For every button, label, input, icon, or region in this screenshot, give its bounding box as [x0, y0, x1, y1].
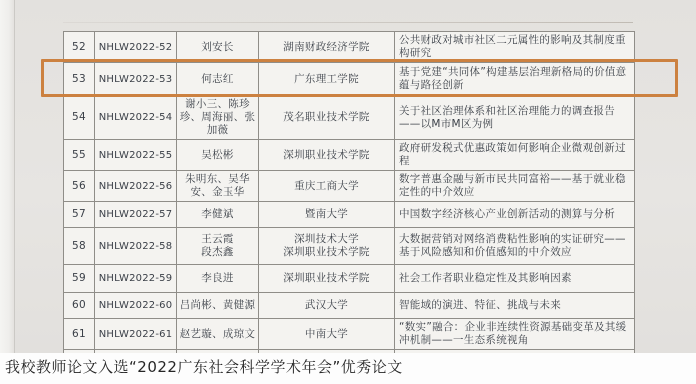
cell-row-no: 57 [64, 202, 95, 228]
cell-authors: 朱明东、吴华安、金玉华 [177, 171, 259, 202]
papers-table: 52NHLW2022-52刘安长湖南财政经济学院公共财政对城市社区二元属性的影响… [63, 31, 635, 371]
caption: 我校教师论文入选“2022广东社会科学学术年会”优秀论文 [5, 357, 403, 377]
cell-paper-title: “数实”融合：企业非连续性资源基础变革及其缓冲机制——一生态系统视角 [395, 319, 635, 350]
cell-institution: 深圳技术大学 深圳职业技术学院 [259, 228, 395, 265]
cell-authors: 李健斌 [177, 202, 259, 228]
cell-row-no: 60 [64, 293, 95, 319]
table-row: 52NHLW2022-52刘安长湖南财政经济学院公共财政对城市社区二元属性的影响… [64, 32, 635, 63]
cell-institution: 茂名职业技术学院 [259, 96, 395, 140]
cell-institution: 广东理工学院 [259, 63, 395, 96]
cell-institution: 深圳职业技术学院 [259, 140, 395, 171]
table-row: 56NHLW2022-56朱明东、吴华安、金玉华重庆工商大学数字普惠金融与新市民… [64, 171, 635, 202]
table-row: 57NHLW2022-57李健斌暨南大学中国数字经济核心产业创新活动的测算与分析 [64, 202, 635, 228]
table-row: 54NHLW2022-54谢小三、陈珍珍、周海丽、张加薇茂名职业技术学院关于社区… [64, 96, 635, 140]
cell-paper-id: NHLW2022-57 [95, 202, 177, 228]
table-row: 61NHLW2022-61赵艺璇、成琼文中南大学“数实”融合：企业非连续性资源基… [64, 319, 635, 350]
cell-paper-id: NHLW2022-54 [95, 96, 177, 140]
cell-authors: 李良进 [177, 265, 259, 293]
cell-paper-id: NHLW2022-56 [95, 171, 177, 202]
cell-row-no: 59 [64, 265, 95, 293]
cell-paper-title: 关于社区治理体系和社区治理能力的调查报告——以M市M区为例 [395, 96, 635, 140]
cell-authors: 吴松彬 [177, 140, 259, 171]
cell-paper-id: NHLW2022-55 [95, 140, 177, 171]
document-photo: 52NHLW2022-52刘安长湖南财政经济学院公共财政对城市社区二元属性的影响… [0, 0, 696, 353]
table-row: 59NHLW2022-59李良进深圳职业技术学院社会工作者职业稳定性及其影响因素 [64, 265, 635, 293]
table-row: 60NHLW2022-60吕尚彬、黄健源武汉大学智能域的演进、特征、挑战与未来 [64, 293, 635, 319]
cell-paper-id: NHLW2022-59 [95, 265, 177, 293]
cell-institution: 重庆工商大学 [259, 171, 395, 202]
cell-institution: 武汉大学 [259, 293, 395, 319]
cell-paper-id: NHLW2022-58 [95, 228, 177, 265]
cell-row-no: 53 [64, 63, 95, 96]
cell-institution: 暨南大学 [259, 202, 395, 228]
cell-authors: 吕尚彬、黄健源 [177, 293, 259, 319]
cell-row-no: 54 [64, 96, 95, 140]
table-row: 55NHLW2022-55吴松彬深圳职业技术学院政府研发税式优惠政策如何影响企业… [64, 140, 635, 171]
cell-paper-id: NHLW2022-52 [95, 32, 177, 63]
cell-row-no: 56 [64, 171, 95, 202]
cell-institution: 深圳职业技术学院 [259, 265, 395, 293]
previous-row-edge [63, 22, 633, 23]
cell-paper-title: 政府研发税式优惠政策如何影响企业微观创新过程 [395, 140, 635, 171]
page-edge [0, 0, 15, 353]
cell-authors: 何志红 [177, 63, 259, 96]
cell-paper-id: NHLW2022-61 [95, 319, 177, 350]
cell-paper-title: 基于党建“共同体”构建基层治理新格局的价值意蕴与路径创新 [395, 63, 635, 96]
cell-paper-title: 公共财政对城市社区二元属性的影响及其制度重构研究 [395, 32, 635, 63]
cell-paper-title: 大数据营销对网络消费粘性影响的实证研究——基于风险感知和价值感知的中介效应 [395, 228, 635, 265]
table-row: 53NHLW2022-53何志红广东理工学院基于党建“共同体”构建基层治理新格局… [64, 63, 635, 96]
cell-institution: 中南大学 [259, 319, 395, 350]
cell-authors: 刘安长 [177, 32, 259, 63]
cell-authors: 谢小三、陈珍珍、周海丽、张加薇 [177, 96, 259, 140]
cell-row-no: 61 [64, 319, 95, 350]
cell-row-no: 52 [64, 32, 95, 63]
cell-paper-title: 智能域的演进、特征、挑战与未来 [395, 293, 635, 319]
caption-bar: 我校教师论文入选“2022广东社会科学学术年会”优秀论文 [0, 353, 696, 384]
cell-authors: 赵艺璇、成琼文 [177, 319, 259, 350]
cell-row-no: 55 [64, 140, 95, 171]
cell-paper-id: NHLW2022-60 [95, 293, 177, 319]
cell-institution: 湖南财政经济学院 [259, 32, 395, 63]
table-row: 58NHLW2022-58王云霞 段杰鑫深圳技术大学 深圳职业技术学院大数据营销… [64, 228, 635, 265]
cell-paper-title: 社会工作者职业稳定性及其影响因素 [395, 265, 635, 293]
cell-paper-id: NHLW2022-53 [95, 63, 177, 96]
cell-paper-title: 数字普惠金融与新市民共同富裕——基于就业稳定性的中介效应 [395, 171, 635, 202]
cell-authors: 王云霞 段杰鑫 [177, 228, 259, 265]
cell-paper-title: 中国数字经济核心产业创新活动的测算与分析 [395, 202, 635, 228]
cell-row-no: 58 [64, 228, 95, 265]
papers-table-wrap: 52NHLW2022-52刘安长湖南财政经济学院公共财政对城市社区二元属性的影响… [63, 31, 635, 371]
